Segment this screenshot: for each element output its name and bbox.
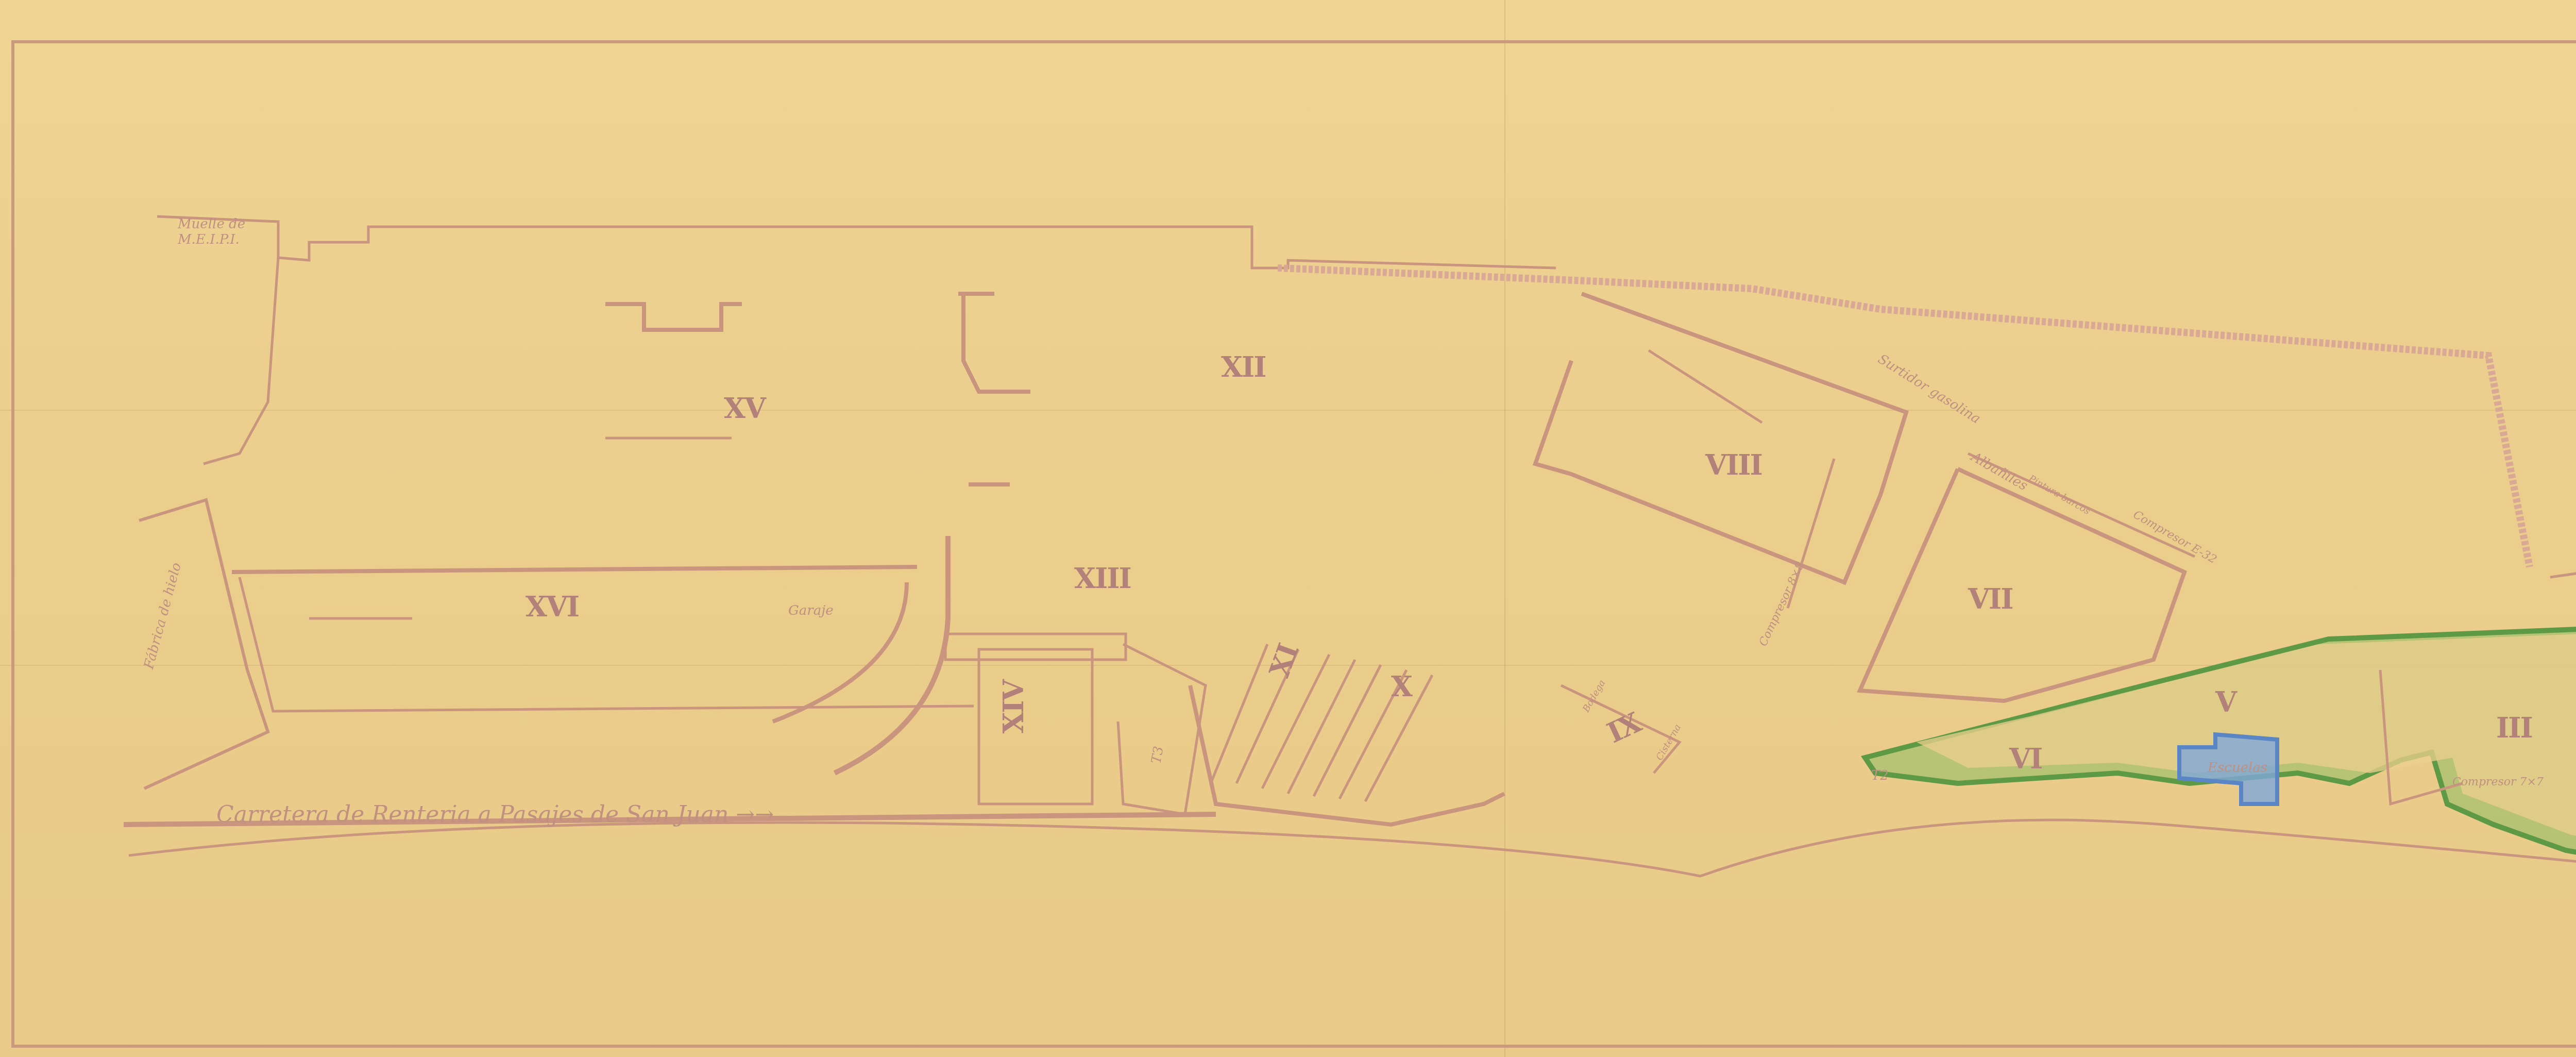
building-label-vii: VII (1968, 582, 2012, 615)
building-label-xiv: XIV (997, 680, 1030, 733)
building-label-xv: XV (724, 392, 765, 425)
muelle-label-1: Muelle de (178, 216, 245, 232)
road-name: Carretera de Renteria a Pasajes de San J… (216, 801, 728, 828)
garaje-label: Garaje (788, 603, 834, 618)
building-label-viii: VIII (1705, 448, 1762, 481)
plan-sheet: Plano hecho por Pesquerías y Secaderos d… (0, 0, 2576, 1057)
building-label-xiii: XIII (1074, 562, 1131, 595)
t2-label: T2 (1871, 768, 1889, 783)
building-label-vi: VI (2009, 742, 2042, 775)
building-label-iii: III (2496, 711, 2532, 744)
building-label-xvi: XVI (526, 590, 579, 623)
escuelas-label: Escuelas (2208, 760, 2267, 776)
building-label-xii: XII (1221, 350, 1265, 383)
road-arrow: →→ (736, 801, 774, 828)
building-label-x: X (1391, 670, 1412, 703)
compresor-7x7-label: Compresor 7×7 (2452, 776, 2544, 788)
building-label-v: V (2215, 685, 2236, 718)
t3-label: T3 (1148, 745, 1166, 765)
muelle-label-2: M.E.I.P.I. (178, 232, 240, 247)
site-plan-drawing (0, 0, 2576, 1057)
road-label: Carretera de Renteria a Pasajes de San J… (216, 801, 774, 828)
